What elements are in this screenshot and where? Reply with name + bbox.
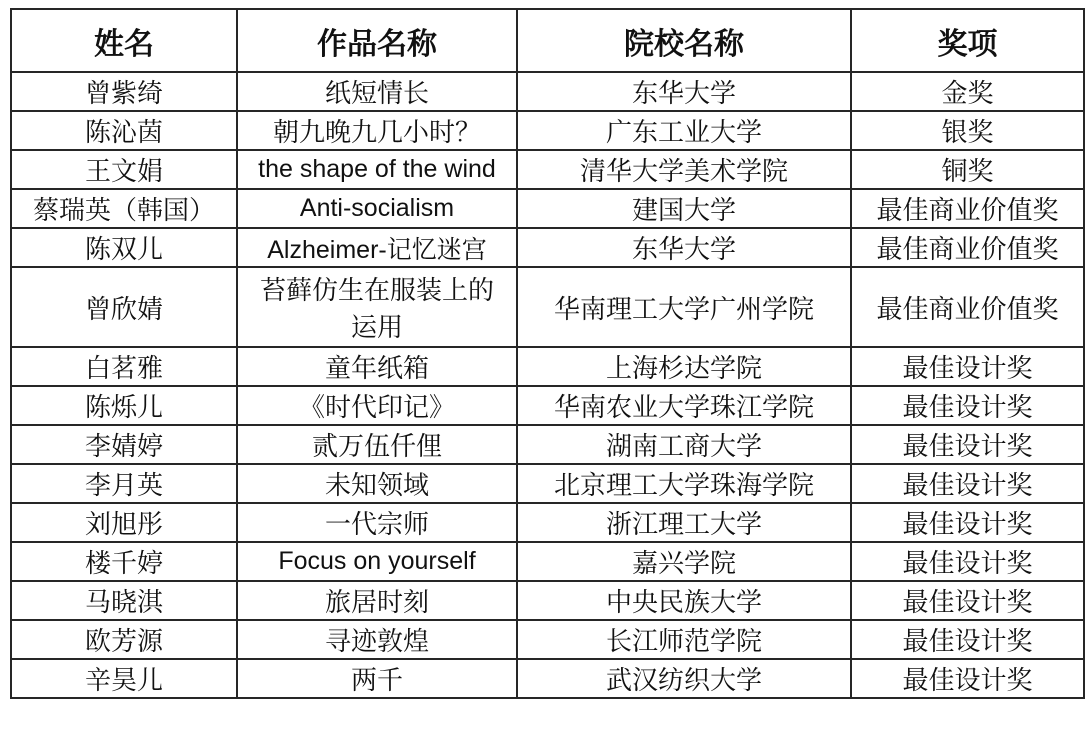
header-row: 姓名 作品名称 院校名称 奖项 — [11, 9, 1084, 72]
work-cell: Focus on yourself — [237, 542, 517, 581]
school-cell: 华南农业大学珠江学院 — [517, 386, 851, 425]
table-row: 辛昊儿 两千 武汉纺织大学 最佳设计奖 — [11, 659, 1084, 698]
table-row: 李婧婷 贰万伍仟俚 湖南工商大学 最佳设计奖 — [11, 425, 1084, 464]
work-cell: 两千 — [237, 659, 517, 698]
school-cell: 上海杉达学院 — [517, 347, 851, 386]
name-cell: 楼千婷 — [11, 542, 237, 581]
school-cell: 中央民族大学 — [517, 581, 851, 620]
school-cell: 建国大学 — [517, 189, 851, 228]
award-cell: 最佳设计奖 — [851, 581, 1084, 620]
work-cell: Anti-socialism — [237, 189, 517, 228]
name-cell: 陈沁茵 — [11, 111, 237, 150]
work-cell: 朝九晚九几小时？ — [237, 111, 517, 150]
award-cell: 最佳商业价值奖 — [851, 228, 1084, 267]
work-cell: 《时代印记》 — [237, 386, 517, 425]
table-row: 陈烁儿 《时代印记》 华南农业大学珠江学院 最佳设计奖 — [11, 386, 1084, 425]
name-cell: 王文娟 — [11, 150, 237, 189]
award-cell: 最佳设计奖 — [851, 620, 1084, 659]
work-cell: Alzheimer-记忆迷宫 — [237, 228, 517, 267]
school-cell: 湖南工商大学 — [517, 425, 851, 464]
work-cell: 旅居时刻 — [237, 581, 517, 620]
work-cell: the shape of the wind — [237, 150, 517, 189]
work-cell: 一代宗师 — [237, 503, 517, 542]
table-row: 楼千婷 Focus on yourself 嘉兴学院 最佳设计奖 — [11, 542, 1084, 581]
awards-table: 姓名 作品名称 院校名称 奖项 曾紫绮 纸短情长 东华大学 金奖 陈沁茵 朝九晚… — [10, 8, 1085, 699]
award-cell: 最佳商业价值奖 — [851, 189, 1084, 228]
table-row: 白茗雅 童年纸箱 上海杉达学院 最佳设计奖 — [11, 347, 1084, 386]
table-row: 李月英 未知领域 北京理工大学珠海学院 最佳设计奖 — [11, 464, 1084, 503]
name-cell: 李月英 — [11, 464, 237, 503]
table-row: 曾紫绮 纸短情长 东华大学 金奖 — [11, 72, 1084, 111]
name-cell: 李婧婷 — [11, 425, 237, 464]
school-cell: 华南理工大学广州学院 — [517, 267, 851, 347]
name-cell: 陈双儿 — [11, 228, 237, 267]
award-cell: 最佳设计奖 — [851, 542, 1084, 581]
name-cell: 刘旭彤 — [11, 503, 237, 542]
table-row: 欧芳源 寻迹敦煌 长江师范学院 最佳设计奖 — [11, 620, 1084, 659]
school-cell: 东华大学 — [517, 228, 851, 267]
award-cell: 最佳设计奖 — [851, 347, 1084, 386]
school-cell: 武汉纺织大学 — [517, 659, 851, 698]
work-cell: 童年纸箱 — [237, 347, 517, 386]
table-row: 曾欣婧 苔藓仿生在服装上的 运用 华南理工大学广州学院 最佳商业价值奖 — [11, 267, 1084, 347]
table-row: 马晓淇 旅居时刻 中央民族大学 最佳设计奖 — [11, 581, 1084, 620]
name-cell: 陈烁儿 — [11, 386, 237, 425]
table-row: 陈沁茵 朝九晚九几小时？ 广东工业大学 银奖 — [11, 111, 1084, 150]
name-cell: 白茗雅 — [11, 347, 237, 386]
award-cell: 最佳设计奖 — [851, 464, 1084, 503]
school-cell: 东华大学 — [517, 72, 851, 111]
school-cell: 浙江理工大学 — [517, 503, 851, 542]
header-award: 奖项 — [851, 9, 1084, 72]
work-cell: 苔藓仿生在服装上的 运用 — [237, 267, 517, 347]
award-cell: 最佳设计奖 — [851, 425, 1084, 464]
work-cell: 贰万伍仟俚 — [237, 425, 517, 464]
award-cell: 金奖 — [851, 72, 1084, 111]
header-work: 作品名称 — [237, 9, 517, 72]
name-cell: 欧芳源 — [11, 620, 237, 659]
awards-table-container: 姓名 作品名称 院校名称 奖项 曾紫绮 纸短情长 东华大学 金奖 陈沁茵 朝九晚… — [10, 8, 1085, 699]
table-row: 刘旭彤 一代宗师 浙江理工大学 最佳设计奖 — [11, 503, 1084, 542]
award-cell: 最佳设计奖 — [851, 503, 1084, 542]
award-cell: 最佳商业价值奖 — [851, 267, 1084, 347]
header-school: 院校名称 — [517, 9, 851, 72]
name-cell: 蔡瑞英（韩国） — [11, 189, 237, 228]
table-row: 王文娟 the shape of the wind 清华大学美术学院 铜奖 — [11, 150, 1084, 189]
school-cell: 广东工业大学 — [517, 111, 851, 150]
table-row: 蔡瑞英（韩国） Anti-socialism 建国大学 最佳商业价值奖 — [11, 189, 1084, 228]
name-cell: 辛昊儿 — [11, 659, 237, 698]
header-name: 姓名 — [11, 9, 237, 72]
award-cell: 银奖 — [851, 111, 1084, 150]
award-cell: 铜奖 — [851, 150, 1084, 189]
school-cell: 北京理工大学珠海学院 — [517, 464, 851, 503]
name-cell: 曾紫绮 — [11, 72, 237, 111]
work-cell: 纸短情长 — [237, 72, 517, 111]
name-cell: 马晓淇 — [11, 581, 237, 620]
work-cell: 未知领域 — [237, 464, 517, 503]
work-cell: 寻迹敦煌 — [237, 620, 517, 659]
award-cell: 最佳设计奖 — [851, 386, 1084, 425]
school-cell: 嘉兴学院 — [517, 542, 851, 581]
school-cell: 清华大学美术学院 — [517, 150, 851, 189]
name-cell: 曾欣婧 — [11, 267, 237, 347]
school-cell: 长江师范学院 — [517, 620, 851, 659]
award-cell: 最佳设计奖 — [851, 659, 1084, 698]
table-row: 陈双儿 Alzheimer-记忆迷宫 东华大学 最佳商业价值奖 — [11, 228, 1084, 267]
